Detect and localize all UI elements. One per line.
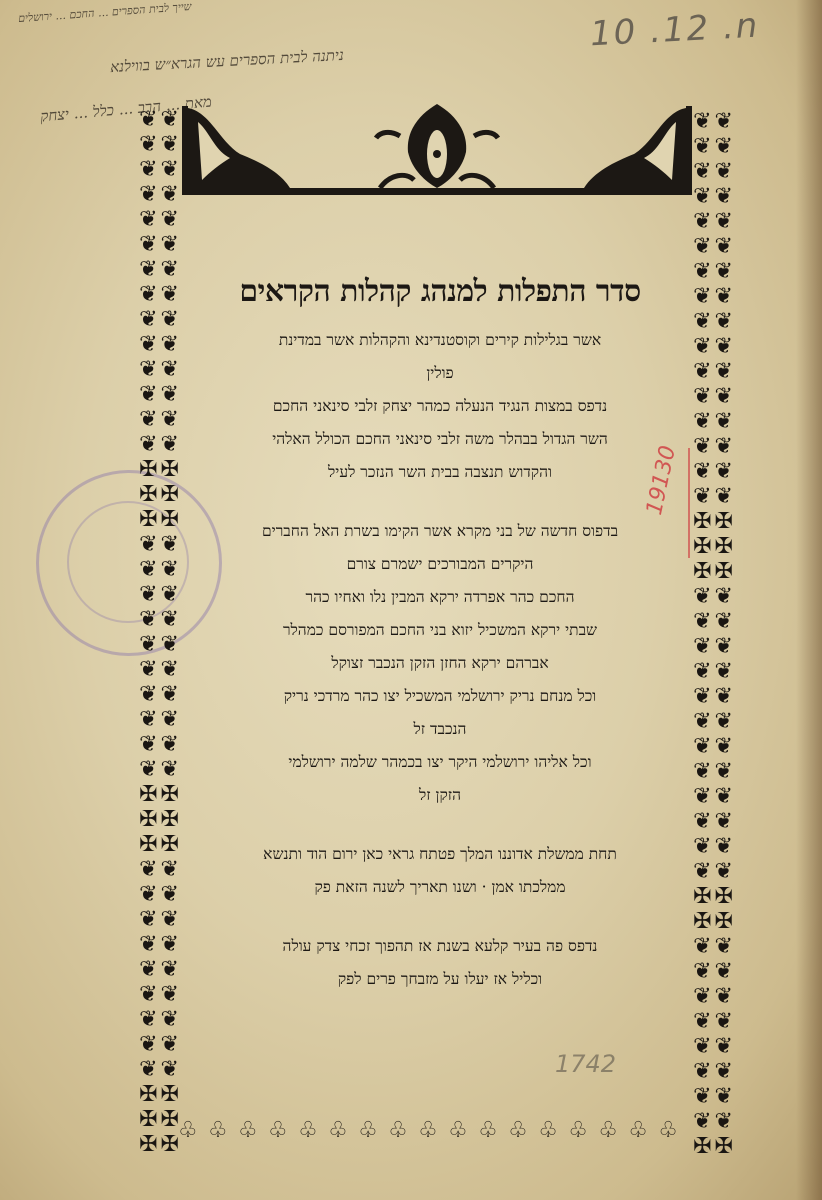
fleuron-ornament-icon: ❦ ❦ [682, 985, 742, 1008]
fleuron-ornament-icon: ❦ ❦ [682, 185, 742, 208]
fleuron-ornament-icon: ❦ ❦ [128, 258, 188, 281]
title-page-text: סדר התפלות למנהג קהלות הקראים אשר בגלילו… [200, 250, 680, 989]
cross-ornament-icon: ✠ ✠ [128, 783, 188, 806]
fleuron-ornament-icon: ❦ ❦ [128, 1033, 188, 1056]
fleuron-ornament-icon: ❦ ❦ [128, 308, 188, 331]
fleuron-ornament-icon: ❦ ❦ [682, 735, 742, 758]
fleuron-ornament-icon: ❦ ❦ [682, 1085, 742, 1108]
fleuron-ornament-icon: ❦ ❦ [128, 758, 188, 781]
pencil-number: 1742 [555, 1050, 616, 1078]
fleuron-ornament-icon: ❦ ❦ [128, 633, 188, 656]
fleuron-ornament-icon: ❦ ❦ [682, 360, 742, 383]
fleuron-ornament-icon: ❦ ❦ [682, 935, 742, 958]
fleuron-ornament-icon: ❦ ❦ [682, 485, 742, 508]
fleuron-ornament-icon: ❦ ❦ [128, 933, 188, 956]
ornamental-border-right: ❦ ❦❦ ❦❦ ❦❦ ❦❦ ❦❦ ❦❦ ❦❦ ❦❦ ❦❦ ❦❦ ❦❦ ❦❦ ❦❦… [682, 110, 742, 1158]
body-line: החכם כהר אפרדה ירקא המבין נלו ואחיו כהר [200, 588, 680, 607]
scanned-page: שייך לבית הספרים ... החכם ... ירושלים ני… [0, 0, 822, 1200]
subtitle-line: נדפס במצות הנגיד הנעלה כמהר יצחק זלבי סי… [200, 397, 680, 416]
body-line: הזקן זל [200, 786, 680, 805]
fleuron-ornament-icon: ❦ ❦ [128, 108, 188, 131]
fleuron-ornament-icon: ❦ ❦ [682, 1110, 742, 1133]
fleuron-ornament-icon: ❦ ❦ [682, 635, 742, 658]
body-line: וכל אליהו ירושלמי היקר יצו בכמהר שלמה יר… [200, 753, 680, 772]
fleuron-ornament-icon: ❦ ❦ [128, 983, 188, 1006]
club-ornament-icon: ♧ [628, 1118, 648, 1143]
colophon-line: נדפס פה בעיר קלעא בשנת אז תהפוך זכחי צדק… [200, 937, 680, 956]
fleuron-ornament-icon: ❦ ❦ [128, 883, 188, 906]
fleuron-ornament-icon: ❦ ❦ [128, 708, 188, 731]
handwritten-note-line-1: ניתנה לבית הספרים עש הגרא״ש בווילנא [110, 46, 345, 77]
body-line: היקרים המבורכים ישמרם צורם [200, 555, 680, 574]
handwritten-note-small: שייך לבית הספרים ... החכם ... ירושלים [18, 0, 192, 25]
club-ornament-icon: ♧ [388, 1118, 408, 1143]
fleuron-ornament-icon: ❦ ❦ [682, 235, 742, 258]
fleuron-ornament-icon: ❦ ❦ [682, 835, 742, 858]
club-ornament-icon: ♧ [568, 1118, 588, 1143]
cross-ornament-icon: ✠ ✠ [128, 483, 188, 506]
club-ornament-icon: ♧ [328, 1118, 348, 1143]
fleuron-ornament-icon: ❦ ❦ [682, 1035, 742, 1058]
fleuron-ornament-icon: ❦ ❦ [128, 683, 188, 706]
fleuron-ornament-icon: ❦ ❦ [128, 1058, 188, 1081]
fleuron-ornament-icon: ❦ ❦ [682, 1060, 742, 1083]
cross-ornament-icon: ✠ ✠ [128, 1083, 188, 1106]
fleuron-ornament-icon: ❦ ❦ [682, 610, 742, 633]
fleuron-ornament-icon: ❦ ❦ [128, 158, 188, 181]
subtitle-line: פולין [200, 364, 680, 383]
fleuron-ornament-icon: ❦ ❦ [682, 135, 742, 158]
club-ornament-icon: ♧ [178, 1118, 198, 1143]
cross-ornament-icon: ✠ ✠ [128, 833, 188, 856]
imprint-line: ממלכתו אמן · ושנו תאריך לשנה הזאת פק [200, 878, 680, 897]
fleuron-ornament-icon: ❦ ❦ [128, 183, 188, 206]
fleuron-ornament-icon: ❦ ❦ [128, 208, 188, 231]
fleuron-ornament-icon: ❦ ❦ [128, 358, 188, 381]
fleuron-ornament-icon: ❦ ❦ [128, 433, 188, 456]
fleuron-ornament-icon: ❦ ❦ [682, 435, 742, 458]
cross-ornament-icon: ✠ ✠ [682, 910, 742, 933]
club-ornament-icon: ♧ [268, 1118, 288, 1143]
fleuron-ornament-icon: ❦ ❦ [128, 1008, 188, 1031]
fleuron-ornament-icon: ❦ ❦ [128, 333, 188, 356]
cross-ornament-icon: ✠ ✠ [128, 508, 188, 531]
cross-ornament-icon: ✠ ✠ [682, 510, 742, 533]
ornamental-border-left: ❦ ❦❦ ❦❦ ❦❦ ❦❦ ❦❦ ❦❦ ❦❦ ❦❦ ❦❦ ❦❦ ❦❦ ❦❦ ❦❦… [128, 108, 188, 1156]
fleuron-ornament-icon: ❦ ❦ [128, 233, 188, 256]
fleuron-ornament-icon: ❦ ❦ [682, 410, 742, 433]
fleuron-ornament-icon: ❦ ❦ [128, 658, 188, 681]
fleuron-ornament-icon: ❦ ❦ [128, 858, 188, 881]
fleuron-ornament-icon: ❦ ❦ [682, 310, 742, 333]
fleuron-ornament-icon: ❦ ❦ [128, 283, 188, 306]
cross-ornament-icon: ✠ ✠ [682, 535, 742, 558]
ornamental-headpiece-icon [180, 102, 694, 197]
club-ornament-icon: ♧ [298, 1118, 318, 1143]
fleuron-ornament-icon: ❦ ❦ [128, 408, 188, 431]
cross-ornament-icon: ✠ ✠ [128, 808, 188, 831]
body-line: שבתי ירקא המשכיל יזוא בני החכם המפורסם כ… [200, 621, 680, 640]
fleuron-ornament-icon: ❦ ❦ [682, 335, 742, 358]
fleuron-ornament-icon: ❦ ❦ [128, 533, 188, 556]
club-ornament-icon: ♧ [448, 1118, 468, 1143]
fleuron-ornament-icon: ❦ ❦ [128, 958, 188, 981]
body-line: וכל מנחם נריק ירושלמי המשכיל יצו כהר מרד… [200, 687, 680, 706]
fleuron-ornament-icon: ❦ ❦ [682, 660, 742, 683]
fleuron-ornament-icon: ❦ ❦ [682, 860, 742, 883]
club-ornament-icon: ♧ [208, 1118, 228, 1143]
fleuron-ornament-icon: ❦ ❦ [682, 585, 742, 608]
fleuron-ornament-icon: ❦ ❦ [128, 383, 188, 406]
imprint-line: תחת ממשלת אדוננו המלך פטתח גראי כאן ירום… [200, 845, 680, 864]
fleuron-ornament-icon: ❦ ❦ [682, 210, 742, 233]
fleuron-ornament-icon: ❦ ❦ [128, 733, 188, 756]
fleuron-ornament-icon: ❦ ❦ [128, 558, 188, 581]
fleuron-ornament-icon: ❦ ❦ [682, 385, 742, 408]
club-ornament-icon: ♧ [238, 1118, 258, 1143]
cross-ornament-icon: ✠ ✠ [682, 1135, 742, 1158]
subtitle-line: והקדוש תנצבה בבית השר הנזכר לעיל [200, 463, 680, 482]
club-ornament-icon: ♧ [658, 1118, 678, 1143]
fleuron-ornament-icon: ❦ ❦ [682, 685, 742, 708]
club-ornament-icon: ♧ [538, 1118, 558, 1143]
cross-ornament-icon: ✠ ✠ [682, 885, 742, 908]
fleuron-ornament-icon: ❦ ❦ [682, 285, 742, 308]
fleuron-ornament-icon: ❦ ❦ [682, 160, 742, 183]
club-ornament-icon: ♧ [478, 1118, 498, 1143]
fleuron-ornament-icon: ❦ ❦ [682, 960, 742, 983]
subtitle-line: השר הגדול בבהלר משה זלבי סינאני החכם הכו… [200, 430, 680, 449]
fleuron-ornament-icon: ❦ ❦ [682, 1010, 742, 1033]
fleuron-ornament-icon: ❦ ❦ [128, 608, 188, 631]
club-ornament-icon: ♧ [418, 1118, 438, 1143]
fleuron-ornament-icon: ❦ ❦ [682, 260, 742, 283]
fleuron-ornament-icon: ❦ ❦ [128, 133, 188, 156]
club-ornament-icon: ♧ [598, 1118, 618, 1143]
fleuron-ornament-icon: ❦ ❦ [682, 110, 742, 133]
cross-ornament-icon: ✠ ✠ [128, 458, 188, 481]
fleuron-ornament-icon: ❦ ❦ [682, 785, 742, 808]
fleuron-ornament-icon: ❦ ❦ [682, 710, 742, 733]
fleuron-ornament-icon: ❦ ❦ [682, 760, 742, 783]
club-ornament-icon: ♧ [358, 1118, 378, 1143]
fleuron-ornament-icon: ❦ ❦ [682, 460, 742, 483]
fleuron-ornament-icon: ❦ ❦ [128, 908, 188, 931]
colophon-line: וכליל אז יעלו על מזבחך פרים לפק [200, 970, 680, 989]
body-line: הנכבד זל [200, 720, 680, 739]
club-ornament-icon: ♧ [508, 1118, 528, 1143]
book-title: סדר התפלות למנהג קהלות הקראים [200, 274, 680, 309]
body-line: אברהם ירקא החזן הזקן הנכבר זצוקל [200, 654, 680, 673]
fleuron-ornament-icon: ❦ ❦ [682, 810, 742, 833]
cross-ornament-icon: ✠ ✠ [682, 560, 742, 583]
ornamental-border-bottom: ♧♧♧♧♧♧♧♧♧♧♧♧♧♧♧♧♧ [178, 1118, 678, 1143]
subtitle-line: אשר בגלילות קירים וקוסטנדינא והקהלות אשר… [200, 331, 680, 350]
shelfmark-number: 10 .12 .n [589, 6, 760, 55]
body-line: בדפוס חדשה של בני מקרא אשר הקימו בשרת הא… [200, 522, 680, 541]
fleuron-ornament-icon: ❦ ❦ [128, 583, 188, 606]
red-underline [688, 448, 690, 558]
